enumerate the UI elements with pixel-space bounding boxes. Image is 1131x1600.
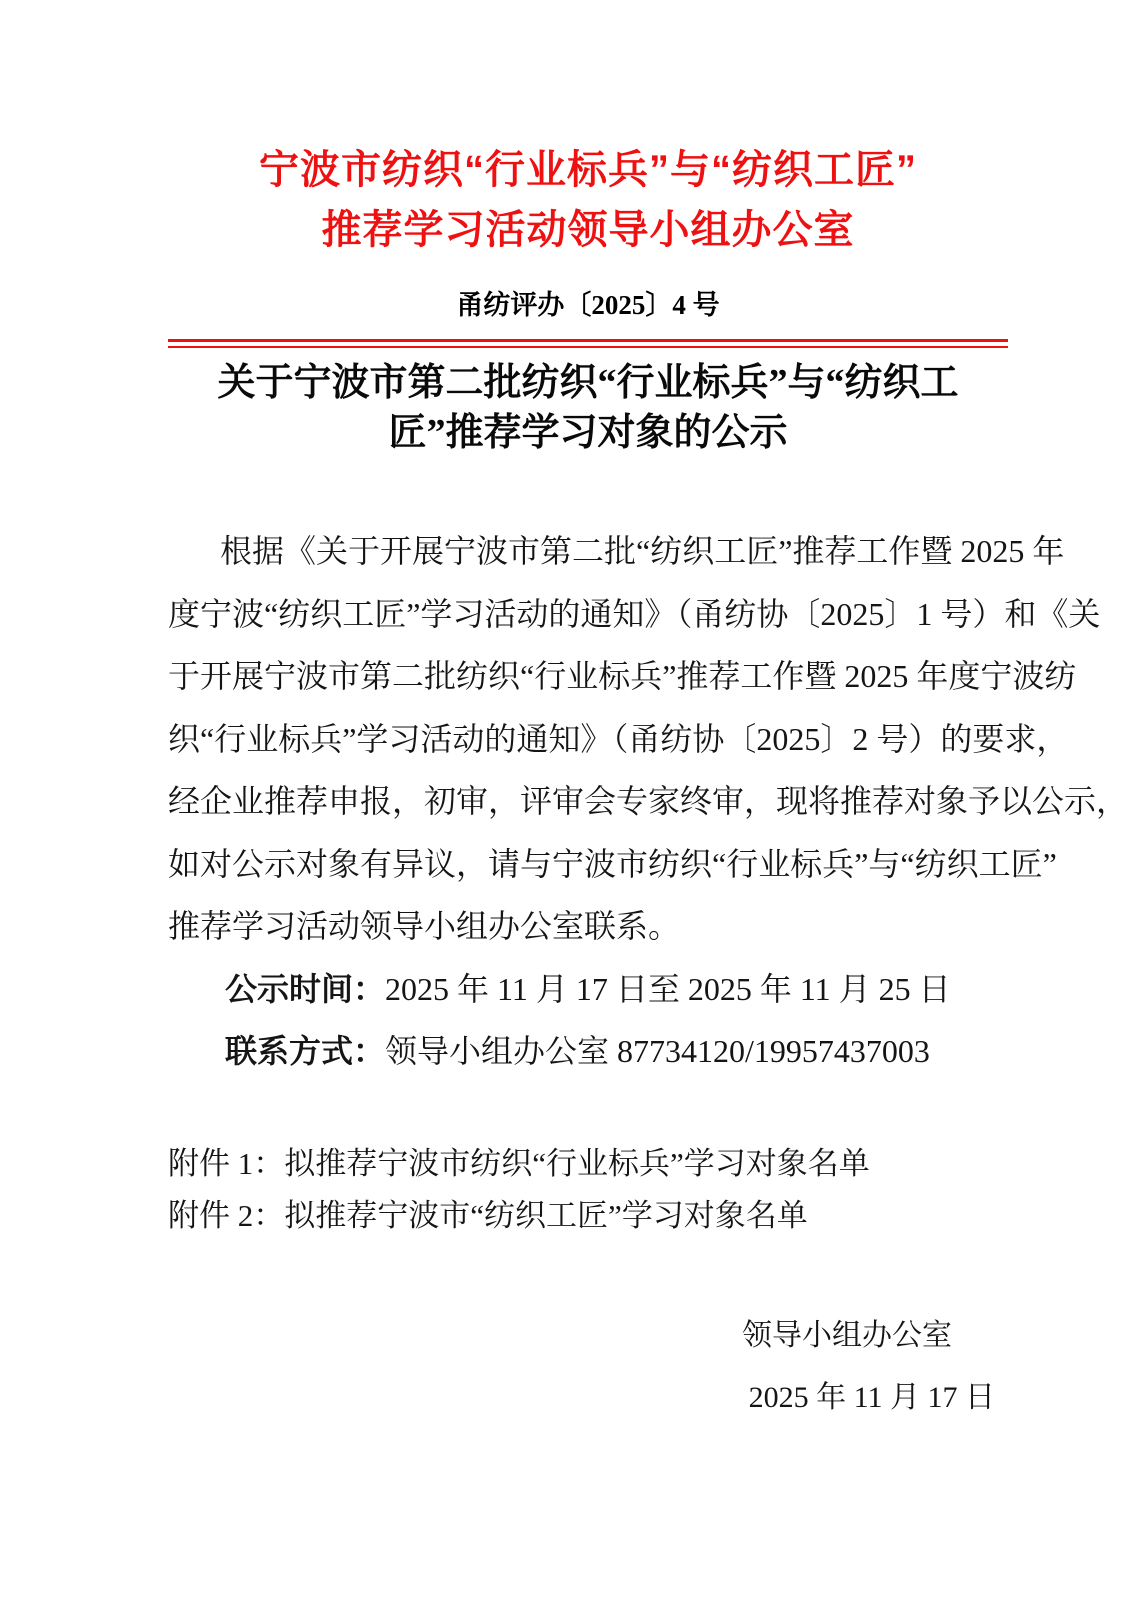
publicity-period-label: 公示时间： bbox=[225, 971, 385, 1007]
document-title: 关于宁波市第二批纺织“行业标兵”与“纺织工 匠”推荐学习对象的公示 bbox=[168, 358, 1008, 458]
document-number: 甬纺评办〔2025〕4 号 bbox=[168, 288, 1008, 322]
attachments-list: 附件 1：拟推荐宁波市纺织“行业标兵”学习对象名单 附件 2：拟推荐宁波市“纺织… bbox=[168, 1138, 1008, 1242]
publicity-period-value: 2025 年 11 月 17 日至 2025 年 11 月 25 日 bbox=[385, 971, 951, 1007]
publicity-period-line: 公示时间：2025 年 11 月 17 日至 2025 年 11 月 25 日 bbox=[168, 958, 950, 1021]
attachment-item-1: 附件 1：拟推荐宁波市纺织“行业标兵”学习对象名单 bbox=[168, 1138, 1008, 1190]
contact-line: 联系方式：领导小组办公室 87734120/19957437003 bbox=[168, 1020, 950, 1083]
body-paragraph: 根据《关于开展宁波市第二批“纺织工匠”推荐工作暨 2025 年 度宁波“纺织工匠… bbox=[168, 520, 950, 1083]
document-title-line-2: 匠”推荐学习对象的公示 bbox=[168, 408, 1008, 458]
body-line: 经企业推荐申报，初审，评审会专家终审，现将推荐对象予以公示， bbox=[168, 770, 950, 833]
signature-date: 2025 年 11 月 17 日 bbox=[168, 1376, 1008, 1420]
contact-value: 领导小组办公室 87734120/19957437003 bbox=[385, 1033, 930, 1069]
official-document-page: 宁波市纺织“行业标兵”与“纺织工匠” 推荐学习活动领导小组办公室 甬纺评办〔20… bbox=[0, 0, 1131, 1600]
letterhead-line-1: 宁波市纺织“行业标兵”与“纺织工匠” bbox=[168, 140, 1008, 200]
red-separator-rule bbox=[168, 339, 1008, 348]
body-line: 织“行业标兵”学习活动的通知》（甬纺协〔2025〕2 号）的要求， bbox=[168, 708, 950, 771]
body-line: 于开展宁波市第二批纺织“行业标兵”推荐工作暨 2025 年度宁波纺 bbox=[168, 645, 950, 708]
red-rule-thin-line bbox=[168, 346, 1008, 348]
attachment-item-2: 附件 2：拟推荐宁波市“纺织工匠”学习对象名单 bbox=[168, 1190, 1008, 1242]
body-line: 推荐学习活动领导小组办公室联系。 bbox=[168, 895, 950, 958]
contact-label: 联系方式： bbox=[225, 1033, 385, 1069]
body-line: 如对公示对象有异议，请与宁波市纺织“行业标兵”与“纺织工匠” bbox=[168, 833, 950, 896]
document-title-line-1: 关于宁波市第二批纺织“行业标兵”与“纺织工 bbox=[168, 358, 1008, 408]
signature-block: 领导小组办公室 2025 年 11 月 17 日 bbox=[168, 1314, 1008, 1420]
signature-org: 领导小组办公室 bbox=[168, 1314, 1008, 1358]
letterhead-line-2: 推荐学习活动领导小组办公室 bbox=[168, 200, 1008, 260]
red-rule-thick-line bbox=[168, 339, 1008, 342]
body-line: 根据《关于开展宁波市第二批“纺织工匠”推荐工作暨 2025 年 bbox=[168, 520, 950, 583]
body-line: 度宁波“纺织工匠”学习活动的通知》（甬纺协〔2025〕1 号）和《关 bbox=[168, 583, 950, 646]
letterhead: 宁波市纺织“行业标兵”与“纺织工匠” 推荐学习活动领导小组办公室 bbox=[168, 140, 1008, 260]
